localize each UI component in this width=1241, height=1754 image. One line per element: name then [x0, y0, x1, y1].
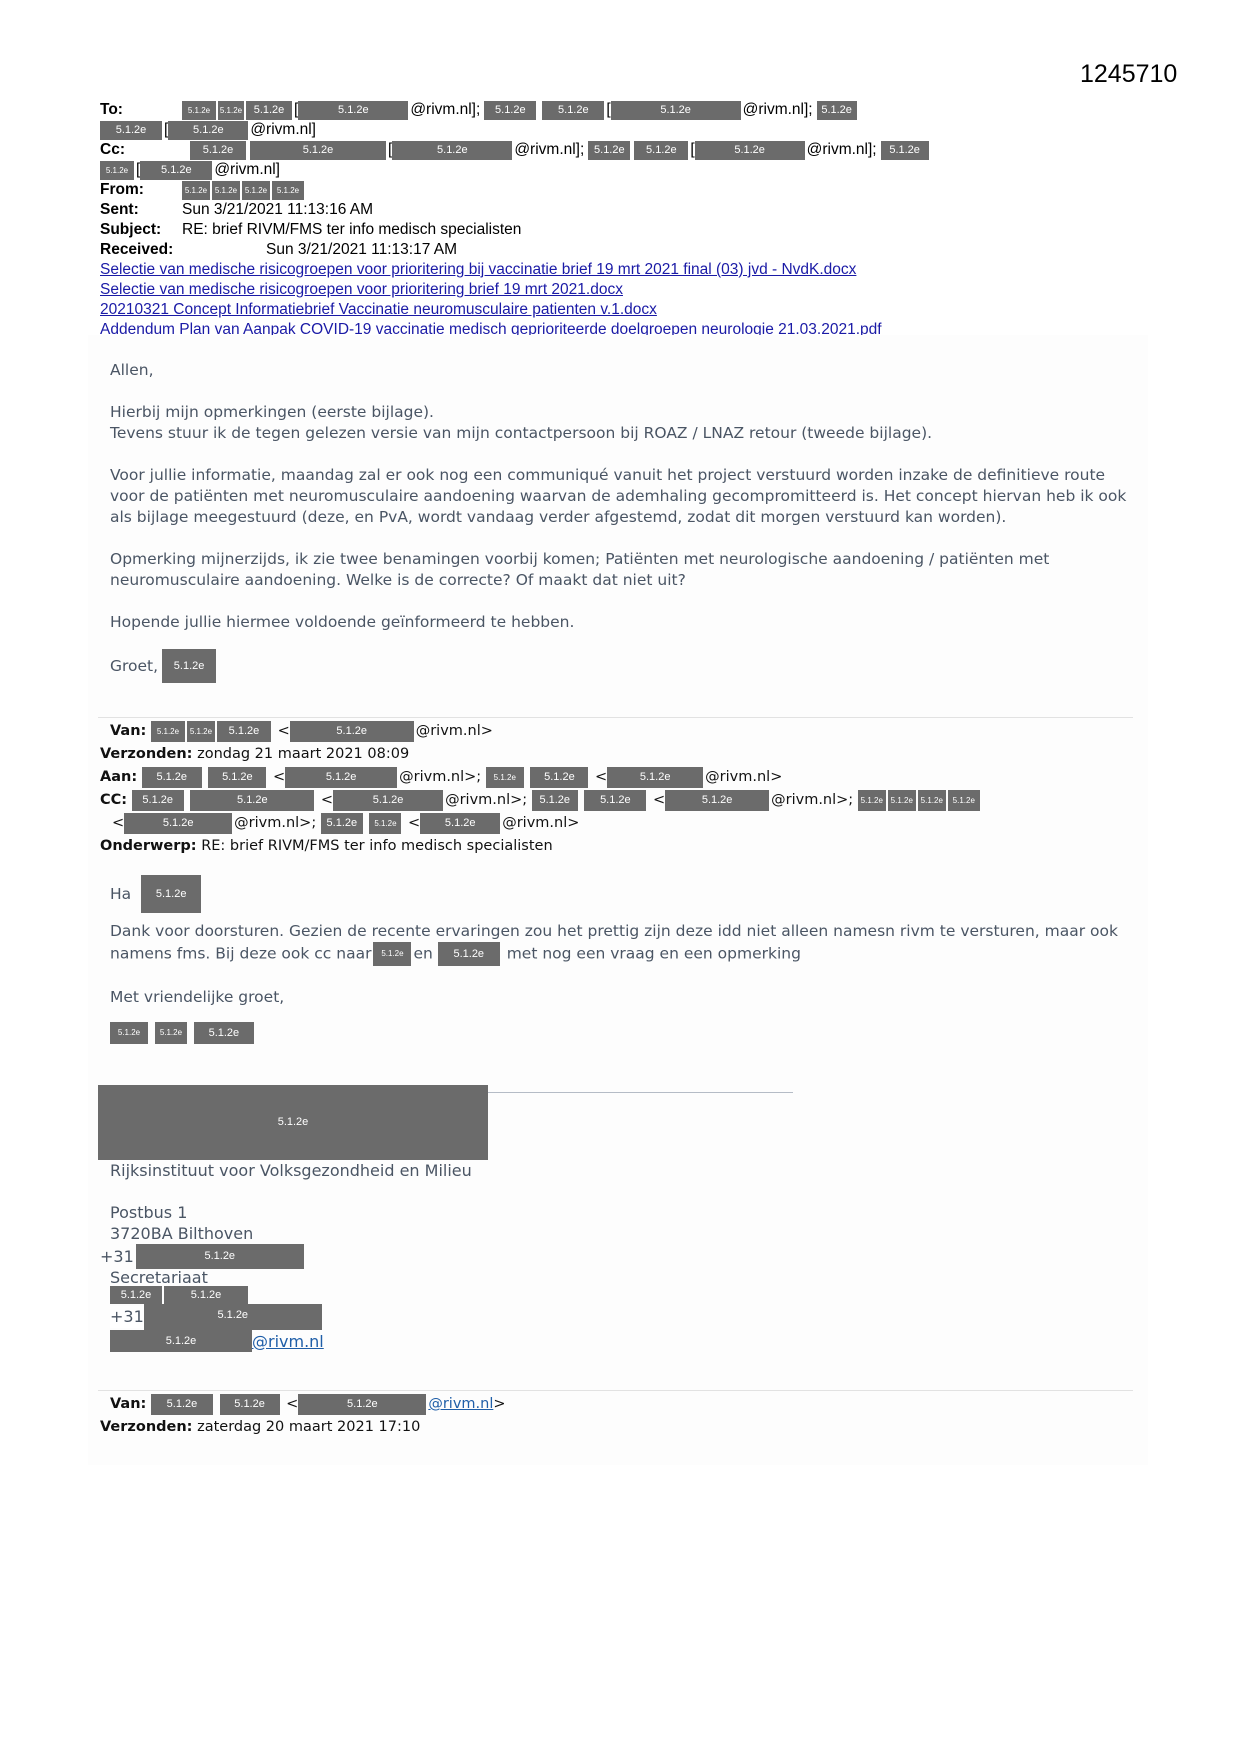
org-name: Rijksinstituut voor Volksgezondheid en M…	[110, 1160, 472, 1181]
redaction: 5.1.2e	[420, 813, 500, 834]
sender-domain: @rivm.nl>	[416, 723, 493, 739]
verzonden-value: zaterdag 20 maart 2021 17:10	[197, 1419, 420, 1435]
quoted-header-2: Van: 5.1.2e 5.1.2e <5.1.2e@rivm.nl> Verz…	[100, 1393, 506, 1439]
redaction: 5.1.2e	[542, 101, 604, 120]
recipient-domain: @rivm.nl];	[743, 100, 813, 120]
redaction: 5.1.2e	[298, 101, 408, 120]
redaction: 5.1.2e	[298, 1394, 426, 1415]
email-link[interactable]: @rivm.nl	[252, 1331, 324, 1352]
onderwerp-label: Onderwerp:	[100, 838, 197, 854]
redaction: 5.1.2e	[321, 813, 363, 834]
redaction: 5.1.2e	[438, 942, 500, 966]
email-header: To: 5.1.2e 5.1.2e 5.1.2e [ 5.1.2e @rivm.…	[100, 100, 1200, 260]
sent-line: Sent: Sun 3/21/2021 11:13:16 AM	[100, 200, 1200, 220]
redaction: 5.1.2e	[634, 141, 688, 160]
recipient-domain: @rivm.nl]	[250, 120, 316, 140]
redaction: 5.1.2e	[190, 790, 314, 811]
redaction: 5.1.2e	[484, 101, 536, 120]
subject-label: Subject:	[100, 220, 182, 240]
redaction: 5.1.2e	[665, 790, 769, 811]
redaction: 5.1.2e	[187, 721, 215, 742]
message-body-2: Ha 5.1.2e Dank voor doorsturen. Gezien d…	[110, 875, 1140, 1044]
attachment-link[interactable]: 20210321 Concept Informatiebrief Vaccina…	[100, 300, 882, 320]
redaction: 5.1.2e	[217, 721, 271, 742]
separator	[98, 1390, 1133, 1391]
signature: Rijksinstituut voor Volksgezondheid en M…	[110, 1160, 472, 1352]
cc-label: CC:	[100, 792, 127, 808]
redaction: 5.1.2e	[100, 161, 134, 180]
redaction: 5.1.2e	[532, 790, 578, 811]
redaction: 5.1.2e	[290, 721, 414, 742]
separator	[98, 717, 1133, 718]
recipient-domain: @rivm.nl]	[214, 160, 280, 180]
redaction: 5.1.2e	[208, 767, 266, 788]
message-body-1: Allen, Hierbij mijn opmerkingen (eerste …	[110, 360, 1140, 683]
redaction: 5.1.2e	[588, 141, 630, 160]
redaction: 5.1.2e	[584, 790, 646, 811]
closing: Groet,	[110, 656, 158, 677]
paragraph: Hierbij mijn opmerkingen (eerste bijlage…	[110, 402, 1140, 423]
recipient-domain: @rivm.nl];	[514, 140, 584, 160]
redaction: 5.1.2e	[151, 721, 185, 742]
van-label: Van:	[110, 1396, 146, 1412]
closing: Met vriendelijke groet,	[110, 987, 1140, 1008]
postbus: Postbus 1	[110, 1202, 472, 1223]
recipient-domain: @rivm.nl];	[807, 140, 877, 160]
redaction: 5.1.2e	[155, 1022, 187, 1044]
redaction: 5.1.2e	[132, 790, 184, 811]
cc-line-2: 5.1.2e [ 5.1.2e @rivm.nl]	[100, 160, 1200, 180]
redaction: 5.1.2e	[110, 1330, 252, 1352]
redaction: 5.1.2e	[373, 942, 411, 966]
redaction: 5.1.2e	[246, 101, 292, 120]
recipient-domain: @rivm.nl];	[410, 100, 480, 120]
verzonden-label: Verzonden:	[100, 746, 192, 762]
redaction: 5.1.2e	[151, 1394, 213, 1415]
redaction: 5.1.2e	[272, 181, 304, 200]
sent-value: Sun 3/21/2021 11:13:16 AM	[182, 200, 373, 220]
redaction: 5.1.2e	[242, 181, 270, 200]
redaction: 5.1.2e	[162, 649, 216, 683]
subject-line: Subject: RE: brief RIVM/FMS ter info med…	[100, 220, 1200, 240]
verzonden-value: zondag 21 maart 2021 08:09	[197, 746, 409, 762]
redaction: 5.1.2e	[369, 813, 401, 834]
redaction: 5.1.2e	[607, 767, 703, 788]
redaction: 5.1.2e	[948, 790, 980, 811]
from-label: From:	[100, 180, 182, 200]
redaction: 5.1.2e	[858, 790, 886, 811]
attachment-list: Selectie van medische risicogroepen voor…	[100, 260, 882, 340]
subject-value: RE: brief RIVM/FMS ter info medisch spec…	[182, 220, 521, 240]
received-label: Received:	[100, 240, 266, 260]
redaction: 5.1.2e	[333, 790, 443, 811]
secretariaat: Secretariaat	[110, 1269, 472, 1286]
aan-label: Aan:	[100, 769, 137, 785]
redaction: 5.1.2e	[140, 161, 212, 180]
redaction: 5.1.2e	[220, 1394, 280, 1415]
paragraph: Hopende jullie hiermee voldoende geïnfor…	[110, 612, 1140, 633]
cc-line: Cc: 5.1.2e 5.1.2e [ 5.1.2e @rivm.nl]; 5.…	[100, 140, 1200, 160]
to-line-2: 5.1.2e [ 5.1.2e @rivm.nl]	[100, 120, 1200, 140]
redaction: 5.1.2e	[918, 790, 946, 811]
redaction: 5.1.2e	[182, 181, 210, 200]
redaction: 5.1.2e	[124, 813, 232, 834]
onderwerp-value: RE: brief RIVM/FMS ter info medisch spec…	[201, 838, 552, 854]
paragraph: Tevens stuur ik de tegen gelezen versie …	[110, 423, 1140, 444]
redaction: 5.1.2e	[136, 1244, 304, 1269]
verzonden-label: Verzonden:	[100, 1419, 192, 1435]
paragraph: Opmerking mijnerzijds, ik zie twee benam…	[110, 549, 1140, 591]
redaction: 5.1.2e	[392, 141, 512, 160]
greeting: Allen,	[110, 360, 1140, 381]
received-line: Received: Sun 3/21/2021 11:13:17 AM	[100, 240, 1200, 260]
redaction-logo: 5.1.2e	[98, 1085, 488, 1160]
redaction: 5.1.2e	[164, 1286, 248, 1304]
redaction: 5.1.2e	[144, 1304, 322, 1330]
sender-email-link[interactable]: @rivm.nl	[428, 1396, 493, 1412]
paragraph: Voor jullie informatie, maandag zal er o…	[110, 465, 1140, 528]
redaction: 5.1.2e	[817, 101, 857, 120]
redaction: 5.1.2e	[110, 1286, 162, 1304]
redaction: 5.1.2e	[695, 141, 805, 160]
redaction: 5.1.2e	[250, 141, 386, 160]
greeting: Ha	[110, 884, 131, 905]
redaction: 5.1.2e	[486, 767, 524, 788]
signature-divider	[488, 1092, 793, 1093]
redaction: 5.1.2e	[888, 790, 916, 811]
attachment-link[interactable]: Selectie van medische risicogroepen voor…	[100, 280, 882, 300]
redaction: 5.1.2e	[881, 141, 929, 160]
attachment-link[interactable]: Selectie van medische risicogroepen voor…	[100, 260, 882, 280]
to-label: To:	[100, 100, 182, 120]
redaction: 5.1.2e	[142, 767, 202, 788]
redaction: 5.1.2e	[530, 767, 588, 788]
city: 3720BA Bilthoven	[110, 1223, 472, 1244]
phone-prefix: +31	[110, 1306, 144, 1328]
redaction: 5.1.2e	[285, 767, 397, 788]
from-line: From: 5.1.2e 5.1.2e 5.1.2e 5.1.2e	[100, 180, 1200, 200]
redaction: 5.1.2e	[194, 1022, 254, 1044]
quoted-header-1: Van: 5.1.2e5.1.2e5.1.2e <5.1.2e@rivm.nl>…	[100, 720, 1150, 858]
redaction: 5.1.2e	[218, 101, 244, 120]
redaction: 5.1.2e	[141, 875, 201, 913]
cc-label: Cc:	[100, 140, 190, 160]
redaction: 5.1.2e	[110, 1022, 148, 1044]
sent-label: Sent:	[100, 200, 182, 220]
document-number: 1245710	[1080, 60, 1177, 89]
redaction: 5.1.2e	[212, 181, 240, 200]
redaction: 5.1.2e	[611, 101, 741, 120]
van-label: Van:	[110, 723, 146, 739]
redaction: 5.1.2e	[168, 121, 248, 140]
to-line: To: 5.1.2e 5.1.2e 5.1.2e [ 5.1.2e @rivm.…	[100, 100, 1200, 120]
phone-prefix: +31	[100, 1246, 134, 1267]
redaction: 5.1.2e	[190, 141, 246, 160]
received-value: Sun 3/21/2021 11:13:17 AM	[266, 240, 457, 260]
redaction: 5.1.2e	[182, 101, 216, 120]
redaction: 5.1.2e	[100, 121, 162, 140]
